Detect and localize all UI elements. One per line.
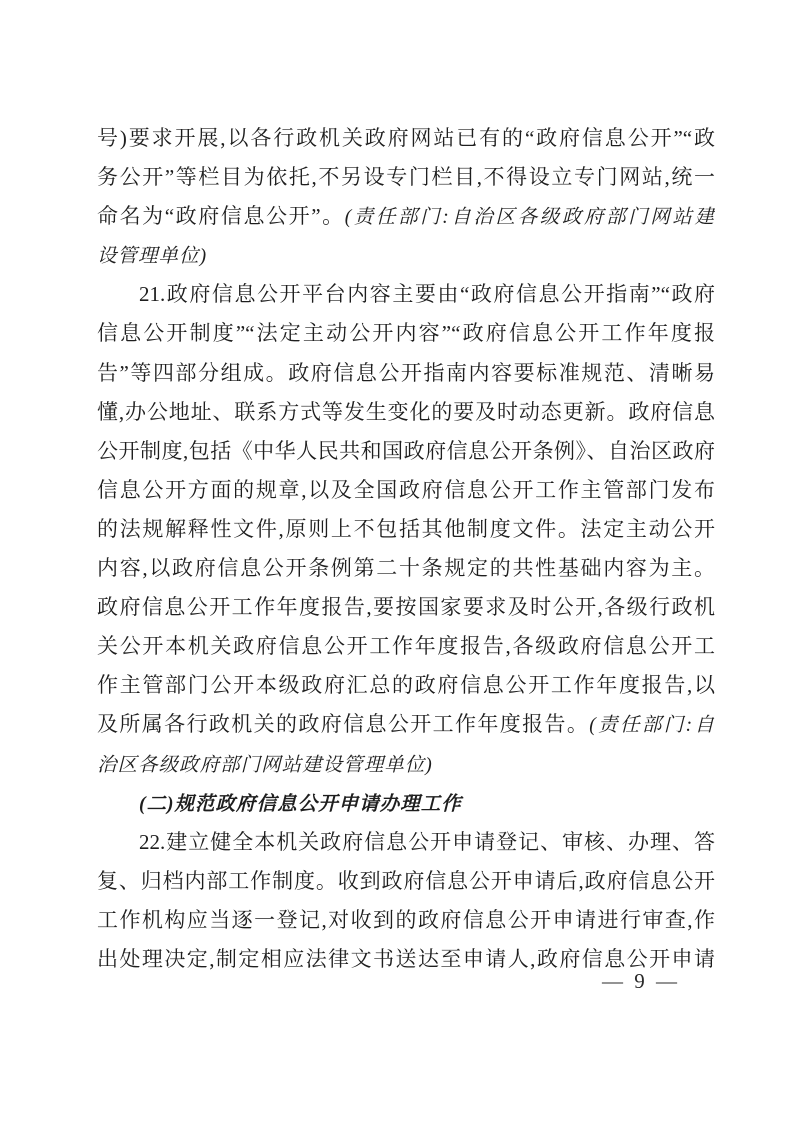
- body-text-segment: 复、归档内部工作制度。收到政府信息公开申请后,政府信息公开: [97, 869, 715, 893]
- body-text-segment: 内容,以政府信息公开条例第二十条规定的共性基础内容为主。: [97, 556, 715, 580]
- document-body: 号)要求开展,以各行政机关政府网站已有的“政府信息公开”“政务公开”等栏目为依托…: [97, 119, 715, 979]
- body-text-segment: 公开制度,包括《中华人民共和国政府信息公开条例》、自治区政府: [97, 439, 715, 463]
- kai-text-segment: (责任部门:自治区各级政府部门网站建: [345, 207, 715, 228]
- body-text-segment: 告”等四部分组成。政府信息公开指南内容要标准规范、清晰易: [97, 361, 715, 385]
- kai-text-segment: (二)规范政府信息公开申请办理工作: [139, 794, 462, 815]
- text-line: 设管理单位): [97, 236, 715, 275]
- text-line: 及所属各行政机关的政府信息公开工作年度报告。(责任部门:自: [97, 705, 715, 744]
- body-text-segment: 21.政府信息公开平台内容主要由“政府信息公开指南”“政府: [139, 282, 715, 306]
- text-line: 治区各级政府部门网站建设管理单位): [97, 745, 715, 784]
- text-line: 信息公开制度”“法定主动公开内容”“政府信息公开工作年度报: [97, 314, 715, 353]
- body-text-segment: 作主管部门公开本级政府汇总的政府信息公开工作年度报告,以: [97, 673, 715, 697]
- body-text-segment: 懂,办公地址、联系方式等发生变化的要及时动态更新。政府信息: [97, 400, 715, 424]
- text-line: 复、归档内部工作制度。收到政府信息公开申请后,政府信息公开: [97, 862, 715, 901]
- section-heading: (二)规范政府信息公开申请办理工作: [97, 784, 715, 823]
- kai-text-segment: 治区各级政府部门网站建设管理单位): [97, 755, 433, 776]
- text-line: 关公开本机关政府信息公开工作年度报告,各级政府信息公开工: [97, 627, 715, 666]
- text-line: 信息公开方面的规章,以及全国政府信息公开工作主管部门发布: [97, 471, 715, 510]
- body-text-segment: 22.建立健全本机关政府信息公开申请登记、审核、办理、答: [139, 830, 715, 854]
- text-line: 务公开”等栏目为依托,不另设专门栏目,不得设立专门网站,统一: [97, 158, 715, 197]
- kai-text-segment: 设管理单位): [97, 246, 207, 267]
- text-line: 内容,以政府信息公开条例第二十条规定的共性基础内容为主。: [97, 549, 715, 588]
- page-number: — 9 —: [602, 969, 680, 994]
- body-text-segment: 的法规解释性文件,原则上不包括其他制度文件。法定主动公开: [97, 517, 715, 541]
- text-line: 21.政府信息公开平台内容主要由“政府信息公开指南”“政府: [97, 275, 715, 314]
- body-text-segment: 命名为“政府信息公开”。: [97, 204, 345, 228]
- body-text-segment: 政府信息公开工作年度报告,要按国家要求及时公开,各级行政机: [97, 595, 715, 619]
- text-line: 懂,办公地址、联系方式等发生变化的要及时动态更新。政府信息: [97, 393, 715, 432]
- text-line: 作主管部门公开本级政府汇总的政府信息公开工作年度报告,以: [97, 666, 715, 705]
- text-line: 命名为“政府信息公开”。(责任部门:自治区各级政府部门网站建: [97, 197, 715, 236]
- body-text-segment: 信息公开方面的规章,以及全国政府信息公开工作主管部门发布: [97, 478, 715, 502]
- body-text-segment: 号)要求开展,以各行政机关政府网站已有的“政府信息公开”“政: [97, 126, 715, 150]
- body-text-segment: 关公开本机关政府信息公开工作年度报告,各级政府信息公开工: [97, 634, 715, 658]
- text-line: 政府信息公开工作年度报告,要按国家要求及时公开,各级行政机: [97, 588, 715, 627]
- text-line: 的法规解释性文件,原则上不包括其他制度文件。法定主动公开: [97, 510, 715, 549]
- text-line: 号)要求开展,以各行政机关政府网站已有的“政府信息公开”“政: [97, 119, 715, 158]
- body-text-segment: 工作机构应当逐一登记,对收到的政府信息公开申请进行审查,作: [97, 908, 715, 932]
- document-page: 号)要求开展,以各行政机关政府网站已有的“政府信息公开”“政务公开”等栏目为依托…: [0, 0, 793, 1122]
- body-text-segment: 务公开”等栏目为依托,不另设专门栏目,不得设立专门网站,统一: [97, 165, 715, 189]
- body-text-segment: 及所属各行政机关的政府信息公开工作年度报告。: [97, 712, 589, 736]
- text-line: 公开制度,包括《中华人民共和国政府信息公开条例》、自治区政府: [97, 432, 715, 471]
- body-text-segment: 出处理决定,制定相应法律文书送达至申请人,政府信息公开申请: [97, 947, 715, 971]
- kai-text-segment: (责任部门:自: [589, 715, 715, 736]
- text-line: 告”等四部分组成。政府信息公开指南内容要标准规范、清晰易: [97, 354, 715, 393]
- text-line: 22.建立健全本机关政府信息公开申请登记、审核、办理、答: [97, 823, 715, 862]
- text-line: 工作机构应当逐一登记,对收到的政府信息公开申请进行审查,作: [97, 901, 715, 940]
- body-text-segment: 信息公开制度”“法定主动公开内容”“政府信息公开工作年度报: [97, 321, 715, 345]
